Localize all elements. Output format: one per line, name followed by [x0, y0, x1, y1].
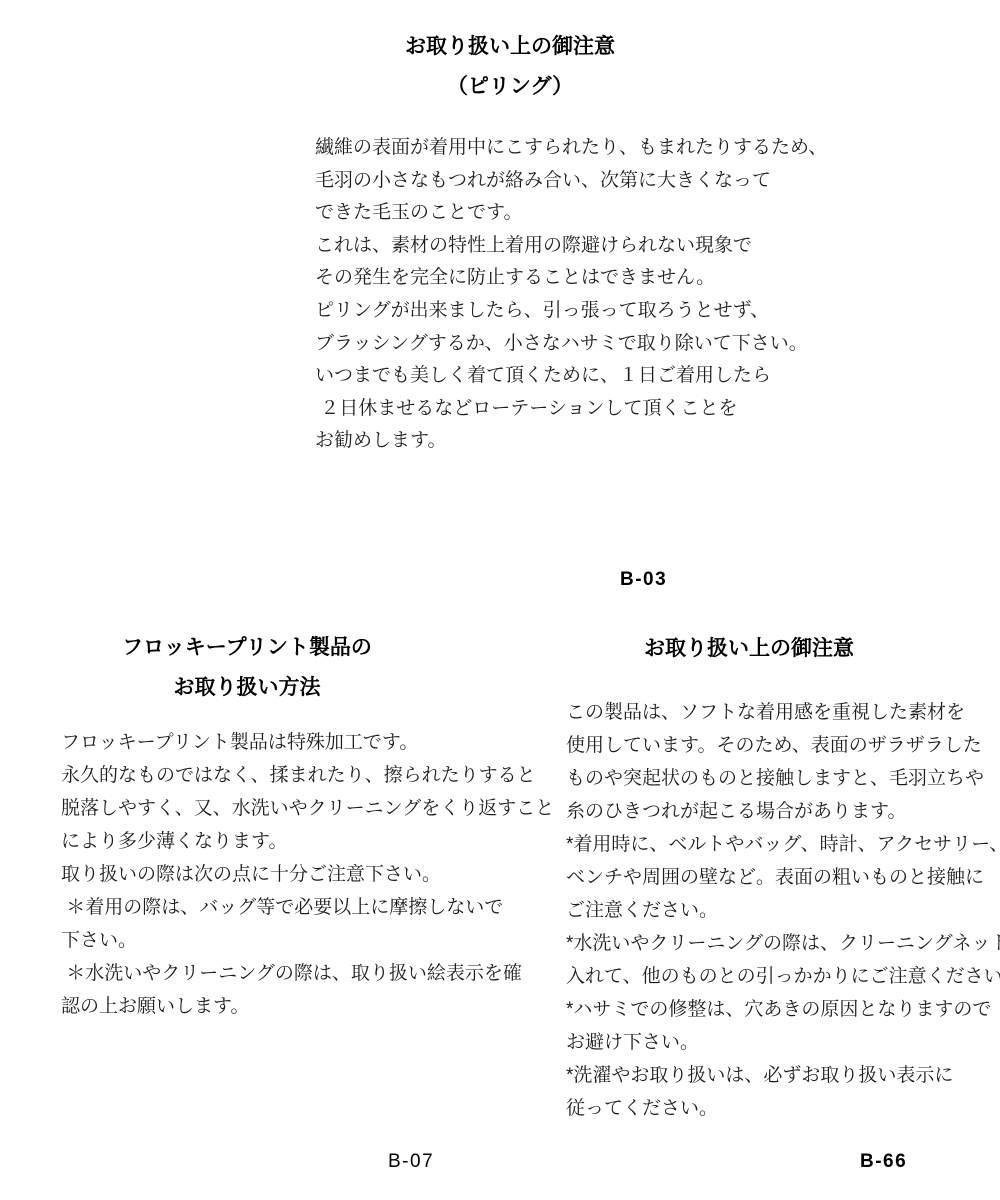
pilling-section-title: お取り扱い上の御注意: [405, 30, 615, 60]
soft-material-section-body: この製品は、ソフトな着用感を重視した素材を 使用しています。そのため、表面のザラ…: [566, 696, 1000, 1125]
page-code-b07: B-07: [388, 1151, 434, 1173]
page-code-b66: B-66: [860, 1151, 907, 1173]
page-code-b03: B-03: [620, 569, 667, 591]
flocky-section-title: フロッキープリント製品の お取り扱い方法: [122, 628, 372, 708]
pilling-section-body: 繊維の表面が着用中にこすられたり、もまれたりするため、 毛羽の小さなもつれが絡み…: [315, 132, 827, 458]
pilling-section-subtitle: （ピリング）: [447, 70, 573, 100]
care-instruction-sheet: お取り扱い上の御注意 （ピリング） 繊維の表面が着用中にこすられたり、もまれたり…: [0, 0, 1000, 1200]
soft-material-section-title: お取り扱い上の御注意: [644, 632, 854, 662]
flocky-section-body: フロッキープリント製品は特殊加工です。 永久的なものではなく、揉まれたり、擦られ…: [61, 726, 554, 1023]
